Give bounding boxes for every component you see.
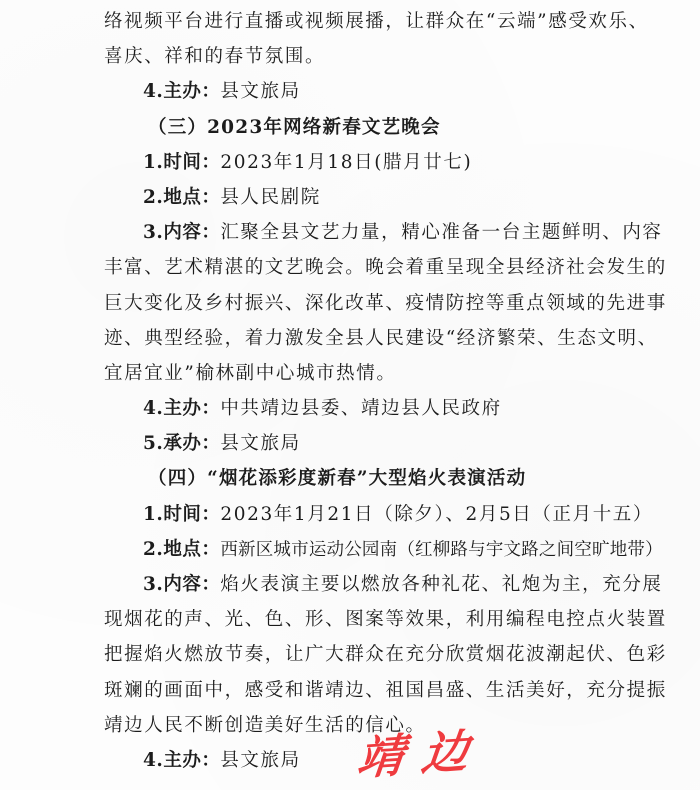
item-label: 2.地点： — [143, 187, 220, 208]
item-value: 县文旅局 — [220, 81, 300, 102]
item-value: 县人民剧院 — [220, 187, 321, 208]
item-value: 2023年1月21日（除夕）、2月5日（正月十五） — [220, 504, 653, 525]
document-page: 络视频平台进行直播或视频展播，让群众在“云端”感受欢乐、 喜庆、祥和的春节氛围。… — [0, 0, 700, 790]
item-label: 2.地点： — [143, 539, 220, 560]
item-value: 县文旅局 — [220, 433, 300, 454]
item-undertaker: 5.承办：县文旅局 — [104, 426, 628, 461]
item-time: 1.时间：2023年1月21日（除夕）、2月5日（正月十五） — [104, 497, 628, 532]
item-value: 焰火表演主要以燃放各种礼花、礼炮为主，充分展 — [220, 574, 662, 595]
paragraph-line: 斑斓的画面中，感受和谐靖边、祖国昌盛、生活美好，充分提振 — [104, 673, 628, 708]
item-value: 县文旅局 — [220, 750, 300, 771]
item-content: 3.内容：焰火表演主要以燃放各种礼花、礼炮为主，充分展 — [104, 567, 628, 602]
section-heading-3: （三）2023年网络新春文艺晚会 — [104, 110, 628, 145]
paragraph-line: 现烟花的声、光、色、形、图案等效果，利用编程电控点火装置 — [104, 602, 628, 637]
item-time: 1.时间：2023年1月18日(腊月廿七) — [104, 145, 628, 180]
paragraph-line: 把握焰火燃放节奏，让广大群众在充分欣赏烟花波潮起伏、色彩 — [104, 637, 628, 672]
paragraph-line: 宜居宜业”榆林副中心城市热情。 — [104, 356, 628, 391]
calligraphy-watermark: 靖边 — [358, 718, 498, 790]
paragraph-line: 络视频平台进行直播或视频展播，让群众在“云端”感受欢乐、 — [104, 4, 628, 39]
item-label: 3.内容： — [143, 574, 220, 595]
item-value: 2023年1月18日(腊月廿七) — [220, 152, 472, 173]
paragraph-line: 巨大变化及乡村振兴、深化改革、疫情防控等重点领域的先进事 — [104, 286, 628, 321]
item-label: 5.承办： — [143, 433, 220, 454]
item-location: 2.地点：西新区城市运动公园南（红柳路与宇文路之间空旷地带） — [104, 532, 628, 567]
item-organizer: 4.主办：中共靖边县委、靖边县人民政府 — [104, 391, 628, 426]
item-value: 中共靖边县委、靖边县人民政府 — [220, 398, 501, 419]
item-value: 西新区城市运动公园南（红柳路与宇文路之间空旷地带） — [220, 540, 663, 560]
item-label: 1.时间： — [143, 504, 220, 525]
paragraph-line: 喜庆、祥和的春节氛围。 — [104, 39, 628, 74]
item-label: 4.主办： — [143, 750, 220, 771]
item-content: 3.内容：汇聚全县文艺力量，精心准备一台主题鲜明、内容 — [104, 215, 628, 250]
item-label: 4.主办： — [143, 81, 220, 102]
item-location: 2.地点：县人民剧院 — [104, 180, 628, 215]
item-label: 1.时间： — [143, 152, 220, 173]
paragraph-line: 丰富、艺术精湛的文艺晚会。晚会着重呈现全县经济社会发生的 — [104, 250, 628, 285]
item-organizer: 4.主办：县文旅局 — [104, 74, 628, 109]
item-label: 4.主办： — [143, 398, 220, 419]
item-label: 3.内容： — [143, 222, 220, 243]
document-body: 络视频平台进行直播或视频展播，让群众在“云端”感受欢乐、 喜庆、祥和的春节氛围。… — [104, 4, 628, 778]
watermark-text: 靖边 — [354, 714, 491, 790]
paragraph-line: 迹、典型经验，着力激发全县人民建设“经济繁荣、生态文明、 — [104, 321, 628, 356]
section-heading-4: （四）“烟花添彩度新春”大型焰火表演活动 — [104, 461, 628, 496]
item-value: 汇聚全县文艺力量，精心准备一台主题鲜明、内容 — [220, 222, 662, 243]
